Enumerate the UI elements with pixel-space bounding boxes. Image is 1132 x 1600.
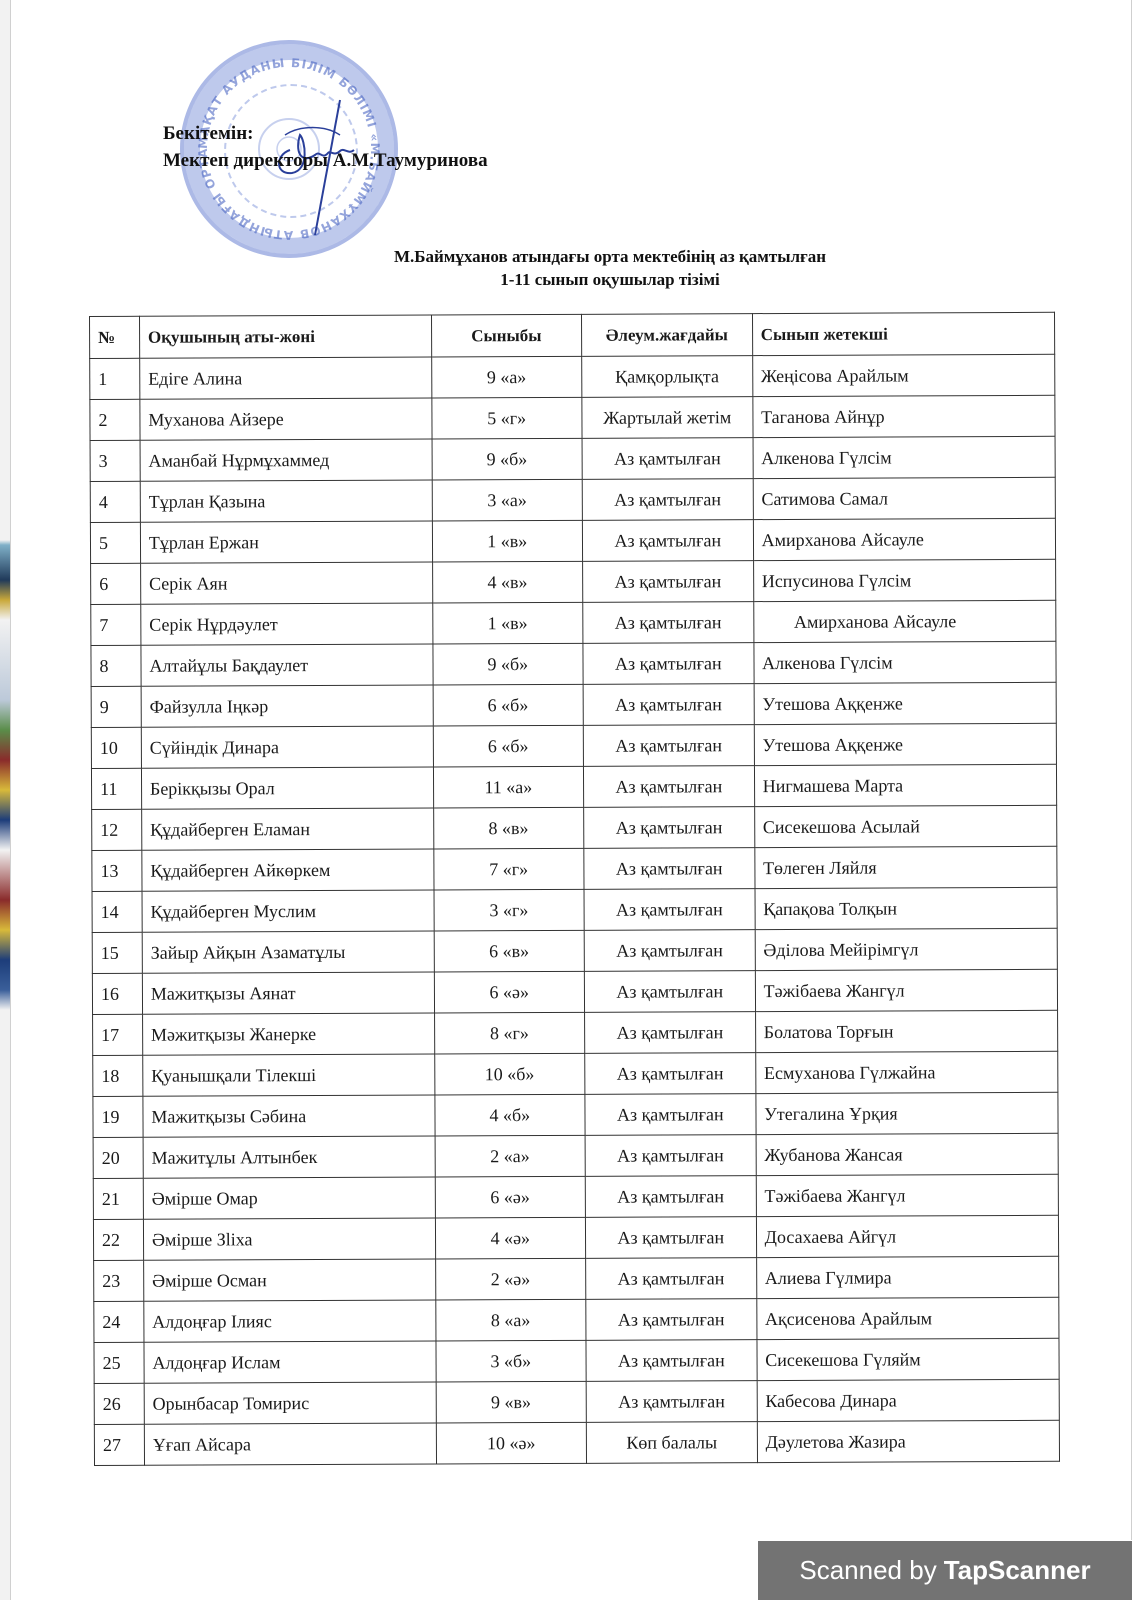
social-status: Аз қамтылған (584, 930, 755, 972)
row-number: 6 (91, 563, 141, 604)
table-row: 10Сүйіндік Динара6 «б»Аз қамтылғанУтешов… (91, 723, 1056, 768)
class-teacher: Таганова Айнұр (752, 395, 1055, 437)
class-teacher: Сисекешова Гүляйм (757, 1338, 1060, 1380)
student-name: Тұрлан Қазына (140, 480, 432, 522)
table-row: 11Берікқызы Орал11 «а»Аз қамтылғанНигмаш… (91, 764, 1056, 809)
scanner-watermark: Scanned by TapScanner (758, 1541, 1132, 1600)
row-number: 27 (94, 1424, 144, 1465)
table-row: 2Муханова Айзере5 «г»Жартылай жетімТаган… (90, 395, 1055, 440)
student-name: Қуанышқали Тілекші (143, 1054, 435, 1096)
social-status: Аз қамтылған (585, 1176, 756, 1218)
student-name: Сүйіндік Динара (141, 726, 433, 768)
student-class: 10 «ә» (436, 1422, 587, 1464)
table-row: 5Тұрлан Ержан1 «в»Аз қамтылғанАмирханова… (90, 518, 1055, 563)
student-name: Әмірше Осман (144, 1259, 436, 1301)
table-row: 1Едіге Алина9 «а»ҚамқорлықтаЖеңісова Ара… (90, 354, 1055, 399)
row-number: 9 (91, 686, 141, 727)
student-name: Серік Аян (140, 562, 432, 604)
row-number: 2 (90, 399, 140, 440)
class-teacher: Испусинова Гүлсім (753, 559, 1056, 601)
student-class: 11 «а» (433, 766, 584, 808)
social-status: Аз қамтылған (583, 643, 754, 685)
row-number: 1 (90, 358, 140, 399)
class-teacher: Утешова Аққенже (754, 723, 1057, 765)
student-name: Әмірше Зliха (143, 1218, 435, 1260)
students-table: № Оқушының аты-жөні Сыныбы Әлеум.жағдайы… (89, 312, 1060, 1466)
row-number: 15 (92, 932, 142, 973)
student-name: Әмірше Омар (143, 1177, 435, 1219)
student-class: 5 «г» (431, 397, 582, 439)
social-status: Көп балалы (586, 1422, 757, 1464)
table-row: 17Мәжитқызы Жанерке8 «г»Аз қамтылғанБола… (93, 1010, 1058, 1055)
row-number: 16 (92, 973, 142, 1014)
class-teacher: Тәжібаева Жангүл (756, 1174, 1059, 1216)
social-status: Аз қамтылған (586, 1381, 757, 1423)
class-teacher: Тәжібаева Жангүл (755, 969, 1058, 1011)
social-status: Аз қамтылған (583, 684, 754, 726)
social-status: Аз қамтылған (582, 479, 753, 521)
student-class: 8 «г» (434, 1012, 585, 1054)
table-row: 4Тұрлан Қазына3 «а»Аз қамтылғанСатимова … (90, 477, 1055, 522)
table-row: 20Мажитұлы Алтынбек2 «а»Аз қамтылғанЖуба… (93, 1133, 1058, 1178)
table-row: 9Файзулла Іңкәр6 «б»Аз қамтылғанУтешова … (91, 682, 1056, 727)
student-name: Тұрлан Ержан (140, 521, 432, 563)
row-number: 8 (91, 645, 141, 686)
student-name: Құдайберген Муслим (142, 890, 434, 932)
row-number: 11 (91, 768, 141, 809)
student-name: Мажитқызы Аянат (142, 972, 434, 1014)
social-status: Аз қамтылған (586, 1340, 757, 1382)
table-row: 26Орынбасар Томирис9 «в»Аз қамтылғанКабе… (94, 1379, 1059, 1424)
class-teacher: Утешова Аққенже (754, 682, 1057, 724)
class-teacher: Дәулетова Жазира (757, 1420, 1060, 1462)
social-status: Аз қамтылған (583, 725, 754, 767)
student-name: Ұғап Айсара (144, 1423, 436, 1465)
row-number: 20 (93, 1137, 143, 1178)
row-number: 7 (91, 604, 141, 645)
student-class: 4 «в» (432, 561, 583, 603)
row-number: 13 (92, 850, 142, 891)
student-name: Файзулла Іңкәр (141, 685, 433, 727)
class-teacher: Болатова Торғын (755, 1010, 1058, 1052)
header-student-name: Оқушының аты-жөні (139, 315, 431, 358)
table-row: 21Әмірше Омар6 «ә»Аз қамтылғанТәжібаева … (93, 1174, 1058, 1219)
row-number: 22 (93, 1219, 143, 1260)
student-class: 8 «а» (435, 1299, 586, 1341)
watermark-brand: TapScanner (944, 1555, 1091, 1586)
student-class: 4 «б» (434, 1094, 585, 1136)
student-class: 3 «а» (432, 479, 583, 521)
row-number: 4 (90, 481, 140, 522)
class-teacher: Қапақова Толқын (755, 887, 1058, 929)
table-row: 3Аманбай Нұрмұхаммед9 «б»Аз қамтылғанАлк… (90, 436, 1055, 481)
class-teacher: Есмуханова Гүлжайна (755, 1051, 1058, 1093)
social-status: Аз қамтылған (584, 889, 755, 931)
student-class: 10 «б» (434, 1053, 585, 1095)
social-status: Аз қамтылған (586, 1299, 757, 1341)
table-row: 25Алдоңғар Ислам3 «б»Аз қамтылғанСисекеш… (94, 1338, 1059, 1383)
student-name: Орынбасар Томирис (144, 1382, 436, 1424)
student-name: Алдоңғар Ілияс (144, 1300, 436, 1342)
table-row: 24Алдоңғар Ілияс8 «а»Аз қамтылғанАқсисен… (94, 1297, 1059, 1342)
social-status: Аз қамтылған (584, 807, 755, 849)
class-teacher: Утегалина Ұрқия (756, 1092, 1059, 1134)
student-class: 1 «в» (432, 520, 583, 562)
social-status: Аз қамтылған (585, 1135, 756, 1177)
row-number: 26 (94, 1383, 144, 1424)
row-number: 3 (90, 440, 140, 481)
director-name: Мектеп директоры А.М.Таумуринова (163, 147, 488, 174)
social-status: Аз қамтылған (582, 520, 753, 562)
student-name: Алтайұлы Бақдаулет (141, 644, 433, 686)
student-class: 6 «в» (434, 930, 585, 972)
social-status: Аз қамтылған (585, 1217, 756, 1259)
row-number: 23 (94, 1260, 144, 1301)
watermark-prefix: Scanned by (799, 1555, 936, 1586)
title-line-1: М.Баймұханов атындағы орта мектебінің аз… (290, 245, 930, 268)
social-status: Аз қамтылған (583, 561, 754, 603)
header-class-teacher: Сынып жетекші (752, 312, 1055, 355)
student-name: Едіге Алина (140, 357, 432, 399)
row-number: 17 (93, 1014, 143, 1055)
social-status: Аз қамтылған (584, 1012, 755, 1054)
table-row: 15Зайыр Айқын Азаматұлы6 «в»Аз қамтылған… (92, 928, 1057, 973)
student-class: 8 «в» (433, 807, 584, 849)
class-teacher: Жеңісова Арайлым (752, 354, 1055, 396)
student-name: Берікқызы Орал (141, 767, 433, 809)
student-name: Құдайберген Еламан (142, 808, 434, 850)
class-teacher: Алкенова Гүлсім (754, 641, 1057, 683)
title-line-2: 1-11 сынып оқушылар тізімі (290, 268, 930, 291)
student-class: 3 «б» (436, 1340, 587, 1382)
social-status: Аз қамтылған (583, 766, 754, 808)
social-status: Аз қамтылған (585, 1053, 756, 1095)
student-name: Мажитұлы Алтынбек (143, 1136, 435, 1178)
student-class: 4 «ә» (435, 1217, 586, 1259)
student-name: Зайыр Айқын Азаматұлы (142, 931, 434, 973)
approval-label: Бекітемін: (163, 120, 488, 147)
header-class: Сыныбы (431, 314, 582, 357)
table-row: 16Мажитқызы Аянат6 «ә»Аз қамтылғанТәжіба… (92, 969, 1057, 1014)
student-class: 2 «а» (435, 1135, 586, 1177)
table-row: 13Құдайберген Айкөркем7 «г»Аз қамтылғанТ… (92, 846, 1057, 891)
student-class: 6 «б» (433, 725, 584, 767)
student-name: Муханова Айзере (140, 398, 432, 440)
class-teacher: Алкенова Гүлсім (753, 436, 1056, 478)
class-teacher: Досахаева Айгүл (756, 1215, 1059, 1257)
social-status: Аз қамтылған (582, 438, 753, 480)
class-teacher: Алиева Гүлмира (756, 1256, 1059, 1298)
table-row: 19Мажитқызы Сәбина4 «б»Аз қамтылғанУтега… (93, 1092, 1058, 1137)
student-class: 9 «а» (431, 356, 582, 398)
row-number: 14 (92, 891, 142, 932)
table-row: 8Алтайұлы Бақдаулет9 «б»Аз қамтылғанАлке… (91, 641, 1056, 686)
row-number: 19 (93, 1096, 143, 1137)
social-status: Аз қамтылған (584, 971, 755, 1013)
student-class: 3 «г» (434, 889, 585, 931)
social-status: Аз қамтылған (586, 1258, 757, 1300)
table-row: 27Ұғап Айсара10 «ә»Көп балалыДәулетова Ж… (94, 1420, 1059, 1465)
class-teacher: Төлеген Ляйля (754, 846, 1057, 888)
row-number: 5 (90, 522, 140, 563)
header-social-status: Әлеум.жағдайы (581, 314, 752, 357)
table-row: 22Әмірше Зliха4 «ә»Аз қамтылғанДосахаева… (93, 1215, 1058, 1260)
social-status: Аз қамтылған (584, 848, 755, 890)
student-name: Аманбай Нұрмұхаммед (140, 439, 432, 481)
student-name: Мажитқызы Сәбина (143, 1095, 435, 1137)
row-number: 18 (93, 1055, 143, 1096)
student-name: Алдоңғар Ислам (144, 1341, 436, 1383)
table-header-row: № Оқушының аты-жөні Сыныбы Әлеум.жағдайы… (90, 312, 1055, 358)
student-class: 9 «в» (436, 1381, 587, 1423)
class-teacher: Амирханова Айсауле (753, 600, 1056, 642)
social-status: Жартылай жетім (582, 397, 753, 439)
header-number: № (90, 316, 140, 358)
student-name: Құдайберген Айкөркем (142, 849, 434, 891)
class-teacher: Ақсисенова Арайлым (756, 1297, 1059, 1339)
table-row: 18Қуанышқали Тілекші10 «б»Аз қамтылғанЕс… (93, 1051, 1058, 1096)
table-row: 12Құдайберген Еламан8 «в»Аз қамтылғанСис… (92, 805, 1057, 850)
student-name: Серік Нұрдәулет (141, 603, 433, 645)
student-class: 6 «ә» (434, 971, 585, 1013)
student-class: 7 «г» (433, 848, 584, 890)
row-number: 12 (92, 809, 142, 850)
row-number: 24 (94, 1301, 144, 1342)
table-row: 23Әмірше Осман2 «ә»Аз қамтылғанАлиева Гү… (94, 1256, 1059, 1301)
student-class: 2 «ә» (435, 1258, 586, 1300)
row-number: 25 (94, 1342, 144, 1383)
table-row: 6Серік Аян4 «в»Аз қамтылғанИспусинова Гү… (91, 559, 1056, 604)
student-class: 9 «б» (432, 438, 583, 480)
document-title: М.Баймұханов атындағы орта мектебінің аз… (290, 245, 930, 291)
student-class: 1 «в» (432, 602, 583, 644)
adjacent-page-edge (0, 0, 11, 1600)
table-row: 7Серік Нұрдәулет1 «в»Аз қамтылғанАмирхан… (91, 600, 1056, 645)
table-body: 1Едіге Алина9 «а»ҚамқорлықтаЖеңісова Ара… (90, 354, 1060, 1465)
social-status: Аз қамтылған (583, 602, 754, 644)
class-teacher: Нигмашева Марта (754, 764, 1057, 806)
class-teacher: Сатимова Самал (753, 477, 1056, 519)
class-teacher: Әділова Мейірімгүл (755, 928, 1058, 970)
class-teacher: Кабесова Динара (757, 1379, 1060, 1421)
row-number: 21 (93, 1178, 143, 1219)
student-name: Мәжитқызы Жанерке (142, 1013, 434, 1055)
student-class: 9 «б» (433, 643, 584, 685)
student-class: 6 «ә» (435, 1176, 586, 1218)
approval-block: Бекітемін: Мектеп директоры А.М.Таумурин… (163, 120, 488, 174)
table-row: 14Құдайберген Муслим3 «г»Аз қамтылғанҚап… (92, 887, 1057, 932)
social-status: Қамқорлықта (582, 356, 753, 398)
student-class: 6 «б» (433, 684, 584, 726)
class-teacher: Жубанова Жансая (756, 1133, 1059, 1175)
class-teacher: Амирханова Айсауле (753, 518, 1056, 560)
row-number: 10 (91, 727, 141, 768)
social-status: Аз қамтылған (585, 1094, 756, 1136)
class-teacher: Сисекешова Асылай (754, 805, 1057, 847)
